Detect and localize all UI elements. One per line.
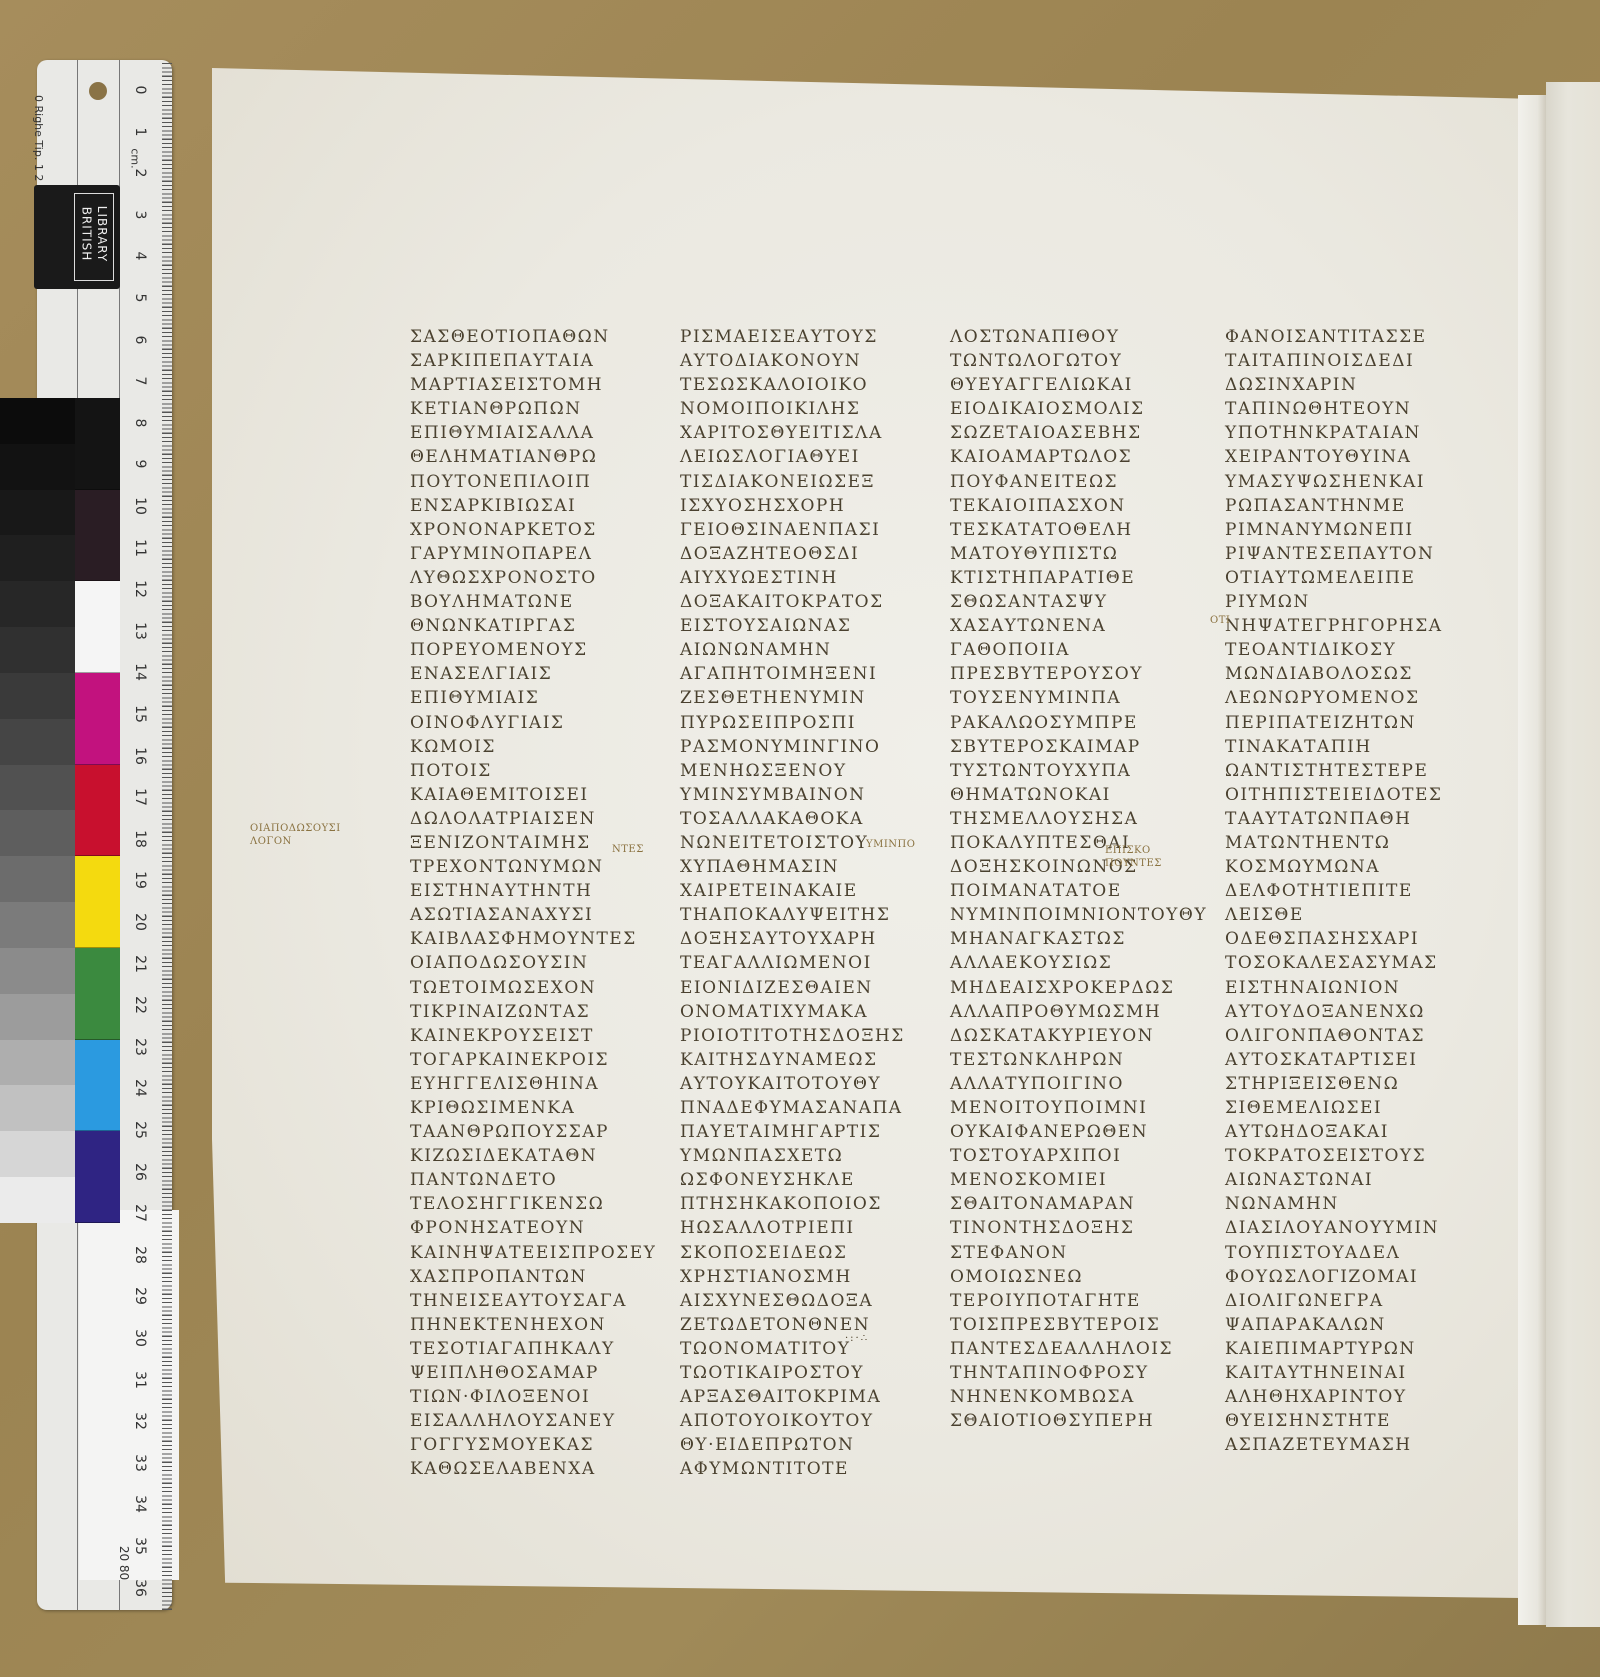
manuscript-line: ΣΒΥΤΕΡΟΣΚΑΙΜΑΡ (950, 735, 1195, 759)
manuscript-line: ΕΝΣΑΡΚΙΒΙΩΣΑΙ (410, 494, 655, 518)
manuscript-line: ΡΙΜΝΑΝΥΜΩΝΕΠΙ (1225, 518, 1470, 542)
manuscript-line: ΚΑΙΒΛΑΣΦΗΜΟΥΝΤΕΣ (410, 927, 655, 951)
manuscript-line: ΔΩΣΚΑΤΑΚΥΡΙΕΥΟΝ (950, 1024, 1195, 1048)
manuscript-line: ΘΝΩΝΚΑΤΙΡΓΑΣ (410, 614, 655, 638)
manuscript-line: ΜΕΝΟΣΚΟΜΙΕΙ (950, 1168, 1195, 1192)
manuscript-line: ΧΑΙΡΕΤΕΙΝΑΚΑΙΕ (680, 879, 925, 903)
manuscript-line: ΡΙΥΜΩΝ (1225, 590, 1470, 614)
manuscript-line: ΤΙΣΔΙΑΚΟΝΕΙΩΣΕΞ (680, 470, 925, 494)
marginal-note-col4: ΟΤΙ (1210, 614, 1230, 627)
manuscript-line: ΤΗΝΕΙΣΕΑΥΤΟΥΣΑΓΑ (410, 1289, 655, 1313)
manuscript-line: ΤΗΑΠΟΚΑΛΥΨΕΙΤΗΣ (680, 903, 925, 927)
manuscript-line: ΤΑΑΥΤΑΤΩΝΠΑΘΗ (1225, 807, 1470, 831)
manuscript-line: ΘΕΛΗΜΑΤΙΑΝΘΡΩ (410, 445, 655, 469)
marginal-note-col3: ΕΠΙΣΚΟ ΠΟΥΝΤΕΣ (1105, 844, 1162, 870)
manuscript-line: ΧΑΣΠΡΟΠΑΝΤΩΝ (410, 1265, 655, 1289)
ruler-cm-label: 13 (132, 621, 148, 641)
ruler-cm-label: 4 (132, 246, 148, 266)
manuscript-line: ΠΟΡΕΥΟΜΕΝΟΥΣ (410, 638, 655, 662)
manuscript-line: ΤΙΚΡΙΝΑΙΖΩΝΤΑΣ (410, 1000, 655, 1024)
text-column-2: ΡΙΣΜΑΕΙΣΕΑΥΤΟΥΣΑΥΤΟΔΙΑΚΟΝΟΥΝΤΕΣΩΣΚΑΛΟΙΟΙ… (680, 325, 925, 1482)
manuscript-line: ΛΕΩΝΩΡΥΟΜΕΝΟΣ (1225, 686, 1470, 710)
manuscript-line: ΤΗΣΜΕΛΛΟΥΣΗΣΑ (950, 807, 1195, 831)
manuscript-line: ΟΝΟΜΑΤΙΧΥΜΑΚΑ (680, 1000, 925, 1024)
ruler-cm-label: 14 (132, 662, 148, 682)
manuscript-line: ΕΥΗΓΓΕΛΙΣΘΗΙΝΑ (410, 1072, 655, 1096)
marginal-note-line: ΟΙΑΠΟΔΩΣΟΥΣΙ (250, 822, 341, 835)
manuscript-line: ΝΟΜΟΙΠΟΙΚΙΛΗΣ (680, 397, 925, 421)
manuscript-line: ΠΤΗΣΗΚΑΚΟΠΟΙΟΣ (680, 1192, 925, 1216)
manuscript-line: ΤΑΙΤΑΠΙΝΟΙΣΔΕΔΙ (1225, 349, 1470, 373)
manuscript-line: ΤΗΝΤΑΠΙΝΟΦΡΟΣΥ (950, 1361, 1195, 1385)
manuscript-line: ΚΩΜΟΙΣ (410, 735, 655, 759)
ruler-cm-label: 2 (132, 163, 148, 183)
manuscript-line: ΑΣΠΑΖΕΤΕΥΜΑΣΗ (1225, 1433, 1470, 1457)
gray-step (0, 902, 75, 948)
manuscript-line: ΠΡΕΣΒΥΤΕΡΟΥΣΟΥ (950, 662, 1195, 686)
manuscript-line: ΔΟΞΑΚΑΙΤΟΚΡΑΤΟΣ (680, 590, 925, 614)
manuscript-line: ΔΩΣΙΝΧΑΡΙΝ (1225, 373, 1470, 397)
manuscript-line: ΠΟΥΤΟΝΕΠΙΛΟΙΠ (410, 470, 655, 494)
gray-step (0, 948, 75, 994)
manuscript-line: ΑΥΤΟΥΔΟΞΑΝΕΝΧΩ (1225, 1000, 1470, 1024)
manuscript-line: ΤΟΣΟΚΑΛΕΣΑΣΥΜΑΣ (1225, 951, 1470, 975)
manuscript-line: ΑΙΩΝΑΣΤΩΝΑΙ (1225, 1168, 1470, 1192)
manuscript-line: ΠΟΤΟΙΣ (410, 759, 655, 783)
manuscript-line: ΝΗΝΕΝΚΟΜΒΩΣΑ (950, 1385, 1195, 1409)
manuscript-line: ΣΘΑΙΟΤΙΟΘΣΥΠΕΡΗ (950, 1409, 1195, 1433)
manuscript-line: ΚΑΙΟΑΜΑΡΤΩΛΟΣ (950, 445, 1195, 469)
manuscript-line: ΔΟΞΑΖΗΤΕΟΘΣΔΙ (680, 542, 925, 566)
manuscript-line: ΤΙΩΝ·ΦΙΛΟΞΕΝΟΙ (410, 1385, 655, 1409)
manuscript-line: ΠΕΡΙΠΑΤΕΙΖΗΤΩΝ (1225, 711, 1470, 735)
manuscript-line: ΧΡΟΝΟΝΑΡΚΕΤΟΣ (410, 518, 655, 542)
manuscript-line: ΦΑΝΟΙΣΑΝΤΙΤΑΣΣΕ (1225, 325, 1470, 349)
manuscript-line: ΧΥΠΑΘΗΜΑΣΙΝ (680, 855, 925, 879)
manuscript-line: ΘΥΕΙΣΗΝΣΤΗΤΕ (1225, 1409, 1470, 1433)
ruler-cm-label: 19 (132, 870, 148, 890)
manuscript-line: ΤΟΓΑΡΚΑΙΝΕΚΡΟΙΣ (410, 1048, 655, 1072)
manuscript-line: ΠΑΝΤΩΝΔΕΤΟ (410, 1168, 655, 1192)
ruler-cm-label: 24 (132, 1078, 148, 1098)
ruler-cm-label: 6 (132, 330, 148, 350)
manuscript-line: ΡΙΣΜΑΕΙΣΕΑΥΤΟΥΣ (680, 325, 925, 349)
manuscript-line: ΚΕΤΙΑΝΘΡΩΠΩΝ (410, 397, 655, 421)
ruler-cm-label: 28 (132, 1245, 148, 1265)
manuscript-line: ΔΩΛΟΛΑΤΡΙΑΙΣΕΝ (410, 807, 655, 831)
manuscript-line: ΑΙΣΧΥΝΕΣΘΩΔΟΞΑ (680, 1289, 925, 1313)
manuscript-line: ΡΙΨΑΝΤΕΣΕΠΑΥΤΟΝ (1225, 542, 1470, 566)
manuscript-line: ΡΙΟΙΟΤΙΤΟΤΗΣΔΟΞΗΣ (680, 1024, 925, 1048)
manuscript-line: ΘΗΜΑΤΩΝΟΚΑΙ (950, 783, 1195, 807)
manuscript-line: ΕΠΙΘΥΜΙΑΙΣΑΛΛΑ (410, 421, 655, 445)
manuscript-line: ΤΕΛΟΣΗΓΓΙΚΕΝΣΩ (410, 1192, 655, 1216)
manuscript-line: ΤΕΑΓΑΛΛΙΩΜΕΝΟΙ (680, 951, 925, 975)
manuscript-line: ΦΟΥΩΣΛΟΓΙΖΟΜΑΙ (1225, 1265, 1470, 1289)
manuscript-line: ΕΠΙΘΥΜΙΑΙΣ (410, 686, 655, 710)
manuscript-line: ΡΩΠΑΣΑΝΤΗΝΜΕ (1225, 494, 1470, 518)
manuscript-line: ΡΑΚΑΛΩΟΣΥΜΠΡΕ (950, 711, 1195, 735)
ruler-cm-label: 29 (132, 1286, 148, 1306)
manuscript-line: ΟΥΚΑΙΦΑΝΕΡΩΘΕΝ (950, 1120, 1195, 1144)
manuscript-line: ΠΟΥΦΑΝΕΙΤΕΩΣ (950, 470, 1195, 494)
manuscript-line: ΑΥΤΟΥΚΑΙΤΟΤΟΥΘΥ (680, 1072, 925, 1096)
manuscript-line: ΤΕΚΑΙΟΙΠΑΣΧΟΝ (950, 494, 1195, 518)
manuscript-line: ΟΜΟΙΩΣΝΕΩ (950, 1265, 1195, 1289)
tab-label-library: LIBRARY (95, 206, 109, 262)
manuscript-line: ΟΛΙΓΟΝΠΑΘΟΝΤΑΣ (1225, 1024, 1470, 1048)
manuscript-line: ΑΡΞΑΣΘΑΙΤΟΚΡΙΜΑ (680, 1385, 925, 1409)
manuscript-line: ΣΑΡΚΙΠΕΠΑΥΤΑΙΑ (410, 349, 655, 373)
manuscript-line: ΤΟΚΡΑΤΟΣΕΙΣΤΟΥΣ (1225, 1144, 1470, 1168)
tab-label-british: BRITISH (79, 207, 93, 262)
manuscript-line: ΜΑΤΩΝΤΗΕΝΤΩ (1225, 831, 1470, 855)
text-column-1: ΣΑΣΘΕΟΤΙΟΠΑΘΩΝΣΑΡΚΙΠΕΠΑΥΤΑΙΑΜΑΡΤΙΑΣΕΙΣΤΟ… (410, 325, 655, 1482)
ruler-cm-label: 20 (132, 912, 148, 932)
marginal-insert-col1: ΝΤΕΣ (612, 843, 644, 856)
manuscript-line: ΤΙΝΑΚΑΤΑΠΙΗ (1225, 735, 1470, 759)
marginal-note-line: ΛΟΓΟΝ (250, 835, 341, 848)
manuscript-line: ΑΛΗΘΗΧΑΡΙΝΤΟΥ (1225, 1385, 1470, 1409)
manuscript-line: ΚΑΙΕΠΙΜΑΡΤΥΡΩΝ (1225, 1337, 1470, 1361)
gray-step (0, 856, 75, 902)
ruler-cm-label: 17 (132, 787, 148, 807)
manuscript-line: ΤΩΕΤΟΙΜΩΣΕΧΟΝ (410, 976, 655, 1000)
manuscript-line: ΑΦΥΜΩΝΤΙΤΟΤΕ (680, 1457, 925, 1481)
marginal-note-col2: ΥΜΙΝΠΟ (866, 838, 915, 851)
manuscript-line: ΠΗΝΕΚΤΕΝΗΕΧΟΝ (410, 1313, 655, 1337)
ruler-cm-label: 31 (132, 1370, 148, 1390)
manuscript-line: ΣΤΕΦΑΝΟΝ (950, 1241, 1195, 1265)
manuscript-line: ΠΟΙΜΑΝΑΤΑΤΟΕ (950, 879, 1195, 903)
manuscript-line: ΤΩΟΝΟΜΑΤΙΤΟΥ (680, 1337, 925, 1361)
ruler-cm-label: 9 (132, 454, 148, 474)
manuscript-line: ΤΩΟΤΙΚΑΙΡΟΣΤΟΥ (680, 1361, 925, 1385)
manuscript-line: ΕΙΟΝΙΔΙΖΕΣΘΑΙΕΝ (680, 976, 925, 1000)
manuscript-line: ΤΟΥΣΕΝΥΜΙΝΠΑ (950, 686, 1195, 710)
color-patch-red (75, 765, 120, 857)
manuscript-line: ΑΥΤΟΔΙΑΚΟΝΟΥΝ (680, 349, 925, 373)
gray-step (0, 810, 75, 856)
manuscript-line: ΔΙΑΣΙΛΟΥΑΝΟΥΥΜΙΝ (1225, 1216, 1470, 1240)
manuscript-line: ΑΓΑΠΗΤΟΙΜΗΞΕΝΙ (680, 662, 925, 686)
manuscript-line: ΠΥΡΩΣΕΙΠΡΟΣΠΙ (680, 711, 925, 735)
manuscript-line: ΝΗΨΑΤΕΓΡΗΓΟΡΗΣΑ (1225, 614, 1470, 638)
manuscript-line: ΒΟΥΛΗΜΑΤΩΝΕ (410, 590, 655, 614)
manuscript-line: ΤΕΣΚΑΤΑΤΟΘΕΛΗ (950, 518, 1195, 542)
manuscript-line: ΖΕΤΩΔΕΤΟΝΘΝΕΝ (680, 1313, 925, 1337)
gray-step (0, 444, 75, 490)
ruler-hole (89, 82, 107, 100)
manuscript-line: ΤΕΣΩΣΚΑΛΟΙΟΙΚΟ (680, 373, 925, 397)
gray-step (0, 994, 75, 1040)
color-patch-blue (75, 1131, 120, 1223)
color-patch-dark-brown (75, 490, 120, 582)
manuscript-line: ΜΗΑΝΑΓΚΑΣΤΩΣ (950, 927, 1195, 951)
marginal-note-line: ΠΟΥΝΤΕΣ (1105, 857, 1162, 870)
manuscript-line: ΙΣΧΥΟΣΗΣΧΟΡΗ (680, 494, 925, 518)
manuscript-line: ΥΜΩΝΠΑΣΧΕΤΩ (680, 1144, 925, 1168)
ruler-cm-label: 10 (132, 496, 148, 516)
manuscript-line: ΧΑΣΑΥΤΩΝΕΝΑ (950, 614, 1195, 638)
manuscript-line: ΓΑΘΟΠΟΙΙΑ (950, 638, 1195, 662)
ruler-cm-label: 5 (132, 288, 148, 308)
manuscript-line: ΧΑΡΙΤΟΣΘΥΕΙΤΙΣΛΑ (680, 421, 925, 445)
manuscript-line: ΡΑΣΜΟΝΥΜΙΝΓΙΝΟ (680, 735, 925, 759)
text-column-4: ΦΑΝΟΙΣΑΝΤΙΤΑΣΣΕΤΑΙΤΑΠΙΝΟΙΣΔΕΔΙΔΩΣΙΝΧΑΡΙΝ… (1225, 325, 1470, 1457)
quire-mark: ·:·∴ (845, 1333, 869, 1344)
ruler-cm-label: 36 (132, 1578, 148, 1598)
manuscript-line: ΧΕΙΡΑΝΤΟΥΘΥΙΝΑ (1225, 445, 1470, 469)
gray-step (0, 1177, 75, 1223)
color-patch-white (75, 581, 120, 673)
manuscript-line: ΠΑΥΕΤΑΙΜΗΓΑΡΤΙΣ (680, 1120, 925, 1144)
grayscale-target (0, 398, 75, 1223)
manuscript-line: ΛΕΙΣΘΕ (1225, 903, 1470, 927)
manuscript-line: ΚΑΘΩΣΕΛΑΒΕΝΧΑ (410, 1457, 655, 1481)
manuscript-line: ΟΙΝΟΦΛΥΓΙΑΙΣ (410, 711, 655, 735)
ruler-cm-label: 12 (132, 579, 148, 599)
manuscript-line: ΓΟΓΓΥΣΜΟΥΕΚΑΣ (410, 1433, 655, 1457)
manuscript-line: ΤΩΝΤΩΛΟΓΩΤΟΥ (950, 349, 1195, 373)
manuscript-line: ΩΑΝΤΙΣΤΗΤΕΣΤΕΡΕ (1225, 759, 1470, 783)
manuscript-line: ΜΑΤΟΥΘΥΠΙΣΤΩ (950, 542, 1195, 566)
ruler-cm-label: 22 (132, 995, 148, 1015)
gray-step (0, 1040, 75, 1086)
color-patch-green (75, 948, 120, 1040)
manuscript-line: ΟΙΑΠΟΔΩΣΟΥΣΙΝ (410, 951, 655, 975)
ruler-cm-label: 7 (132, 371, 148, 391)
gray-step (0, 490, 75, 536)
manuscript-line: ΑΠΟΤΟΥΟΙΚΟΥΤΟΥ (680, 1409, 925, 1433)
manuscript-line: ΓΑΡΥΜΙΝΟΠΑΡΕΛ (410, 542, 655, 566)
manuscript-line: ΑΥΤΩΗΔΟΞΑΚΑΙ (1225, 1120, 1470, 1144)
manuscript-line: ΤΕΣΤΩΝΚΛΗΡΩΝ (950, 1048, 1195, 1072)
manuscript-line: ΕΙΣΑΛΛΗΛΟΥΣΑΝΕΥ (410, 1409, 655, 1433)
manuscript-line: ΛΕΙΩΣΛΟΓΙΑΘΥΕΙ (680, 445, 925, 469)
manuscript-line: ΚΑΙΤΗΣΔΥΝΑΜΕΩΣ (680, 1048, 925, 1072)
manuscript-line: ΕΙΣΤΗΝΑΥΤΗΝΤΗ (410, 879, 655, 903)
manuscript-line: ΧΡΗΣΤΙΑΝΟΣΜΗ (680, 1265, 925, 1289)
manuscript-line: ΗΩΣΑΛΛΟΤΡΙΕΠΙ (680, 1216, 925, 1240)
manuscript-line: ΚΑΙΑΘΕΜΙΤΟΙΣΕΙ (410, 783, 655, 807)
ruler-cm-label: 15 (132, 704, 148, 724)
manuscript-line: ΤΕΡΟΙΥΠΟΤΑΓΗΤΕ (950, 1289, 1195, 1313)
ruler-cm-label: 27 (132, 1203, 148, 1223)
manuscript-line: ΥΜΙΝΣΥΜΒΑΙΝΟΝ (680, 783, 925, 807)
manuscript-line: ΜΕΝΗΩΣΞΕΝΟΥ (680, 759, 925, 783)
ruler-cm-label: 25 (132, 1120, 148, 1140)
manuscript-line: ΦΡΟΝΗΣΑΤΕΟΥΝ (410, 1216, 655, 1240)
manuscript-line: ΤΑΠΙΝΩΘΗΤΕΟΥΝ (1225, 397, 1470, 421)
ruler-cm-label: 1 (132, 122, 148, 142)
manuscript-line: ΕΙΣΤΟΥΣΑΙΩΝΑΣ (680, 614, 925, 638)
manuscript-line: ΤΑΑΝΘΡΩΠΟΥΣΣΑΡ (410, 1120, 655, 1144)
manuscript-line: ΚΤΙΣΤΗΠΑΡΑΤΙΘΕ (950, 566, 1195, 590)
gray-step (0, 719, 75, 765)
manuscript-line: ΑΙΥΧΥΩΕΣΤΙΝΗ (680, 566, 925, 590)
ruler-bottom-marks: 20 80 (117, 1546, 131, 1580)
ruler-cm-label: 21 (132, 954, 148, 974)
ruler-cm-label: 18 (132, 829, 148, 849)
manuscript-line: ΚΑΙΝΗΨΑΤΕΕΙΣΠΡΟΣΕΥ (410, 1241, 655, 1265)
manuscript-line: ΣΚΟΠΟΣΕΙΔΕΩΣ (680, 1241, 925, 1265)
ruler-cm-label: 35 (132, 1536, 148, 1556)
manuscript-line: ΤΟΙΣΠΡΕΣΒΥΤΕΡΟΙΣ (950, 1313, 1195, 1337)
manuscript-line: ΝΥΜΙΝΠΟΙΜΝΙΟΝΤΟΥΘΥ (950, 903, 1195, 927)
manuscript-line: ΚΡΙΘΩΣΙΜΕΝΚΑ (410, 1096, 655, 1120)
manuscript-line: ΚΙΖΩΣΙΔΕΚΑΤΑΘΝ (410, 1144, 655, 1168)
ruler-cm-label: 3 (132, 205, 148, 225)
ruler-cm-label: 32 (132, 1411, 148, 1431)
manuscript-line: ΑΛΛΑΠΡΟΘΥΜΩΣΜΗ (950, 1000, 1195, 1024)
manuscript-line: ΨΕΙΠΛΗΘΟΣΑΜΑΡ (410, 1361, 655, 1385)
manuscript-line: ΕΙΣΤΗΝΑΙΩΝΙΟΝ (1225, 976, 1470, 1000)
color-calibration-strip (75, 398, 120, 1223)
manuscript-line: ΔΕΛΦΟΤΗΤΙΕΠΙΤΕ (1225, 879, 1470, 903)
manuscript-line: ΔΟΞΗΣΑΥΤΟΥΧΑΡΗ (680, 927, 925, 951)
manuscript-line: ΜΑΡΤΙΑΣΕΙΣΤΟΜΗ (410, 373, 655, 397)
color-patch-black (75, 398, 120, 490)
manuscript-line: ΟΙΤΗΠΙΣΤΕΙΕΙΔΟΤΕΣ (1225, 783, 1470, 807)
manuscript-line: ΘΥ·ΕΙΔΕΠΡΩΤΟΝ (680, 1433, 925, 1457)
ruler-cm-label: 16 (132, 746, 148, 766)
ruler-cm-label: 0 (132, 80, 148, 100)
gray-step (0, 581, 75, 627)
manuscript-line: ΤΕΣΟΤΙΑΓΑΠΗΚΑΛΥ (410, 1337, 655, 1361)
manuscript-line: ΜΗΔΕΑΙΣΧΡΟΚΕΡΔΩΣ (950, 976, 1195, 1000)
gray-step (0, 1085, 75, 1131)
marginal-note-left: ΟΙΑΠΟΔΩΣΟΥΣΙ ΛΟΓΟΝ (250, 822, 341, 848)
manuscript-line: ΣΘΑΙΤΟΝΑΜΑΡΑΝ (950, 1192, 1195, 1216)
binding-gutter (1518, 95, 1546, 1625)
manuscript-line: ΤΥΣΤΩΝΤΟΥΧΥΠΑ (950, 759, 1195, 783)
manuscript-line: ΑΥΤΟΣΚΑΤΑΡΤΙΣΕΙ (1225, 1048, 1470, 1072)
color-patch-yellow (75, 856, 120, 948)
manuscript-line: ΚΑΙΤΑΥΤΗΝΕΙΝΑΙ (1225, 1361, 1470, 1385)
manuscript-line: ΘΥΕΥΑΓΓΕΛΙΩΚΑΙ (950, 373, 1195, 397)
facing-page-edge (1546, 82, 1600, 1627)
manuscript-line: ΖΕΣΘΕΤΗΕΝΥΜΙΝ (680, 686, 925, 710)
ruler-cm-label: 8 (132, 413, 148, 433)
manuscript-line: ΓΕΙΟΘΣΙΝΑΕΝΠΑΣΙ (680, 518, 925, 542)
manuscript-line: ΨΑΠΑΡΑΚΑΛΩΝ (1225, 1313, 1470, 1337)
color-patch-magenta (75, 673, 120, 765)
ruler-cm-label: 11 (132, 538, 148, 558)
manuscript-line: ΣΙΘΕΜΕΛΙΩΣΕΙ (1225, 1096, 1470, 1120)
manuscript-line: ΝΩΝΑΜΗΝ (1225, 1192, 1470, 1216)
manuscript-line: ΩΣΦΟΝΕΥΣΗΚΛΕ (680, 1168, 925, 1192)
manuscript-line: ΔΙΟΛΙΓΩΝΕΓΡΑ (1225, 1289, 1470, 1313)
color-patch-cyan (75, 1040, 120, 1132)
gray-step (0, 398, 75, 444)
ruler-cm-label: 30 (132, 1328, 148, 1348)
manuscript-line: ΣΑΣΘΕΟΤΙΟΠΑΘΩΝ (410, 325, 655, 349)
manuscript-line: ΤΟΣΤΟΥΑΡΧΙΠΟΙ (950, 1144, 1195, 1168)
manuscript-line: ΟΤΙΑΥΤΩΜΕΛΕΙΠΕ (1225, 566, 1470, 590)
ruler-cm-label: 23 (132, 1037, 148, 1057)
gray-step (0, 673, 75, 719)
manuscript-line: ΜΩΝΔΙΑΒΟΛΟΣΩΣ (1225, 662, 1470, 686)
manuscript-line: ΤΡΕΧΟΝΤΩΝΥΜΩΝ (410, 855, 655, 879)
manuscript-line: ΑΣΩΤΙΑΣΑΝΑΧΥΣΙ (410, 903, 655, 927)
ruler-cm-label: 34 (132, 1494, 148, 1514)
gray-step (0, 627, 75, 673)
manuscript-line: ΣΤΗΡΙΞΕΙΣΘΕΝΩ (1225, 1072, 1470, 1096)
manuscript-line: ΑΙΩΝΩΝΑΜΗΝ (680, 638, 925, 662)
manuscript-line: ΤΟΣΑΛΛΑΚΑΘΟΚΑ (680, 807, 925, 831)
manuscript-line: ΥΠΟΤΗΝΚΡΑΤΑΙΑΝ (1225, 421, 1470, 445)
ruler-cm-label: 26 (132, 1162, 148, 1182)
manuscript-line: ΛΥΘΩΣΧΡΟΝΟΣΤΟ (410, 566, 655, 590)
manuscript-line: ΤΟΥΠΙΣΤΟΥΑΔΕΛ (1225, 1241, 1470, 1265)
manuscript-line: ΟΔΕΘΣΠΑΣΗΣΧΑΡΙ (1225, 927, 1470, 951)
manuscript-line: ΣΩΖΕΤΑΙΟΑΣΕΒΗΣ (950, 421, 1195, 445)
manuscript-line: ΚΟΣΜΩΥΜΩΝΑ (1225, 855, 1470, 879)
manuscript-line: ΠΝΑΔΕΦΥΜΑΣΑΝΑΠΑ (680, 1096, 925, 1120)
gray-step (0, 535, 75, 581)
manuscript-line: ΕΙΟΔΙΚΑΙΟΣΜΟΛΙΣ (950, 397, 1195, 421)
text-column-3: ΛΟΣΤΩΝΑΠΙΘΟΥΤΩΝΤΩΛΟΓΩΤΟΥΘΥΕΥΑΓΓΕΛΙΩΚΑΙΕΙ… (950, 325, 1195, 1433)
gray-step (0, 1131, 75, 1177)
manuscript-line: ΑΛΛΑΕΚΟΥΣΙΩΣ (950, 951, 1195, 975)
manuscript-line: ΠΑΝΤΕΣΔΕΑΛΛΗΛΟΙΣ (950, 1337, 1195, 1361)
manuscript-line: ΤΙΝΟΝΤΗΣΔΟΞΗΣ (950, 1216, 1195, 1240)
ruler-cm-label: 33 (132, 1453, 148, 1473)
manuscript-line: ΤΕΟΑΝΤΙΔΙΚΟΣΥ (1225, 638, 1470, 662)
british-library-tab: LIBRARY BRITISH (34, 185, 120, 289)
manuscript-line: ΕΝΑΣΕΛΓΙΑΙΣ (410, 662, 655, 686)
gray-step (0, 765, 75, 811)
manuscript-line: ΚΑΙΝΕΚΡΟΥΣΕΙΣΤ (410, 1024, 655, 1048)
manuscript-line: ΑΛΛΑΤΥΠΟΙΓΙΝΟ (950, 1072, 1195, 1096)
manuscript-line: ΣΘΩΣΑΝΤΑΣΨΥ (950, 590, 1195, 614)
manuscript-line: ΛΟΣΤΩΝΑΠΙΘΟΥ (950, 325, 1195, 349)
marginal-note-line: ΕΠΙΣΚΟ (1105, 844, 1162, 857)
manuscript-line: ΜΕΝΟΙΤΟΥΠΟΙΜΝΙ (950, 1096, 1195, 1120)
manuscript-line: ΥΜΑΣΥΨΩΣΗΕΝΚΑΙ (1225, 470, 1470, 494)
